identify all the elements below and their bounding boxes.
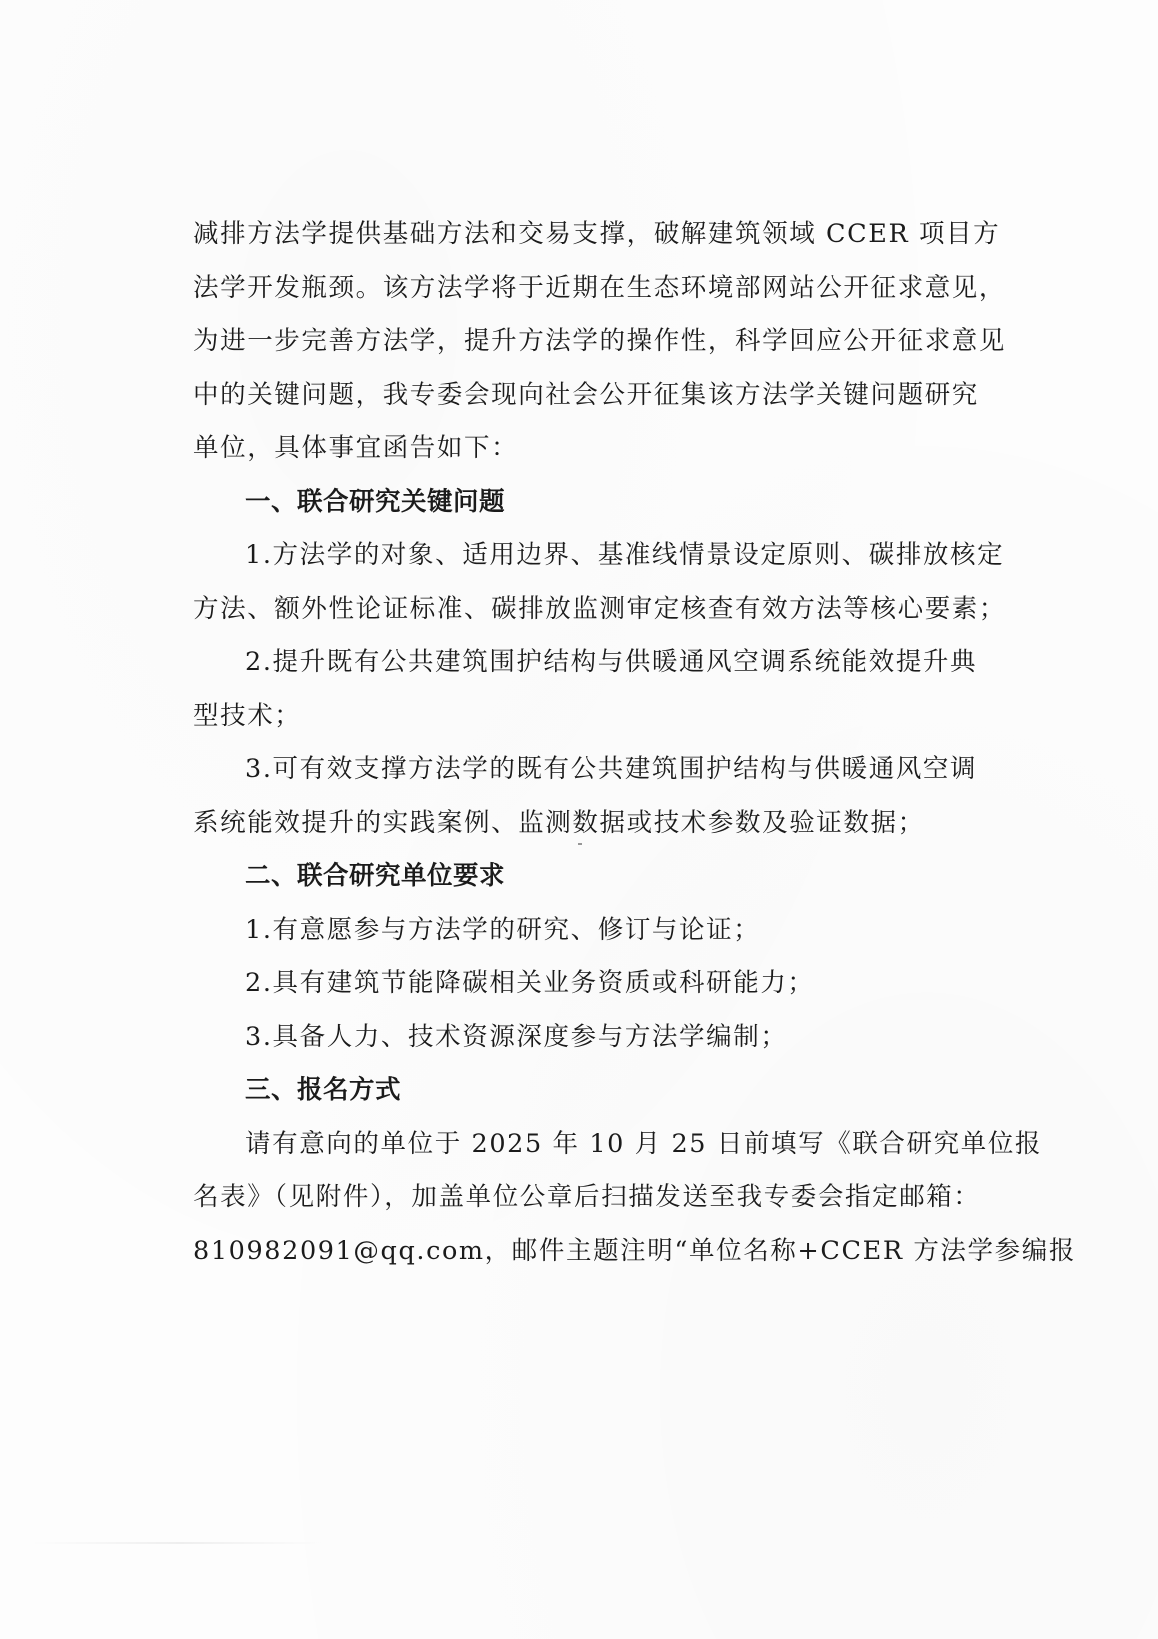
list-item: 2.提升既有公共建筑围护结构与供暖通风空调系统能效提升典 型技术； — [193, 636, 945, 743]
text-line: 1.方法学的对象、适用边界、基准线情景设定原则、碳排放核定 — [193, 529, 945, 583]
list-item: 1.方法学的对象、适用边界、基准线情景设定原则、碳排放核定 方法、额外性论证标准… — [193, 529, 945, 636]
document-body: 减排方法学提供基础方法和交易支撑，破解建筑领域 CCER 项目方 法学开发瓶颈。… — [193, 208, 945, 1278]
text-line: 2.提升既有公共建筑围护结构与供暖通风空调系统能效提升典 — [193, 636, 945, 690]
text-line: 单位，具体事宜函告如下： — [193, 422, 945, 476]
text-line: 减排方法学提供基础方法和交易支撑，破解建筑领域 CCER 项目方 — [193, 208, 945, 262]
scanned-document-page: 减排方法学提供基础方法和交易支撑，破解建筑领域 CCER 项目方 法学开发瓶颈。… — [0, 0, 1158, 1639]
list-item: 3.可有效支撑方法学的既有公共建筑围护结构与供暖通风空调 系统能效提升的实践案例… — [193, 743, 945, 850]
text-line-email: 810982091@qq.com，邮件主题注明“单位名称+CCER 方法学参编报 — [193, 1225, 945, 1279]
text-line: 型技术； — [193, 690, 945, 744]
text-line: 法学开发瓶颈。该方法学将于近期在生态环境部网站公开征求意见， — [193, 262, 945, 316]
section-registration-method: 三、报名方式 请有意向的单位于 2025 年 10 月 25 日前填写《联合研究… — [193, 1064, 945, 1278]
scan-artifact-mark — [578, 843, 582, 845]
text-line: 为进一步完善方法学，提升方法学的操作性，科学回应公开征求意见 — [193, 315, 945, 369]
list-item: 2.具有建筑节能降碳相关业务资质或科研能力； — [193, 957, 945, 1011]
text-line: 中的关键问题，我专委会现向社会公开征集该方法学关键问题研究 — [193, 369, 945, 423]
text-line: 方法、额外性论证标准、碳排放监测审定核查有效方法等核心要素； — [193, 583, 945, 637]
text-line: 3.可有效支撑方法学的既有公共建筑围护结构与供暖通风空调 — [193, 743, 945, 797]
list-item: 3.具备人力、技术资源深度参与方法学编制； — [193, 1011, 945, 1065]
text-line: 请有意向的单位于 2025 年 10 月 25 日前填写《联合研究单位报 — [193, 1118, 945, 1172]
section-unit-requirements: 二、联合研究单位要求 1.有意愿参与方法学的研究、修订与论证； 2.具有建筑节能… — [193, 850, 945, 1064]
list-item: 1.有意愿参与方法学的研究、修订与论证； — [193, 904, 945, 958]
intro-paragraph: 减排方法学提供基础方法和交易支撑，破解建筑领域 CCER 项目方 法学开发瓶颈。… — [193, 208, 945, 476]
section-heading: 一、联合研究关键问题 — [193, 476, 945, 530]
section-key-research-issues: 一、联合研究关键问题 1.方法学的对象、适用边界、基准线情景设定原则、碳排放核定… — [193, 476, 945, 851]
section-heading: 三、报名方式 — [193, 1064, 945, 1118]
section-heading: 二、联合研究单位要求 — [193, 850, 945, 904]
scan-artifact-edge — [30, 1542, 330, 1544]
text-line: 名表》（见附件），加盖单位公章后扫描发送至我专委会指定邮箱： — [193, 1171, 945, 1225]
text-line: 系统能效提升的实践案例、监测数据或技术参数及验证数据； — [193, 797, 945, 851]
